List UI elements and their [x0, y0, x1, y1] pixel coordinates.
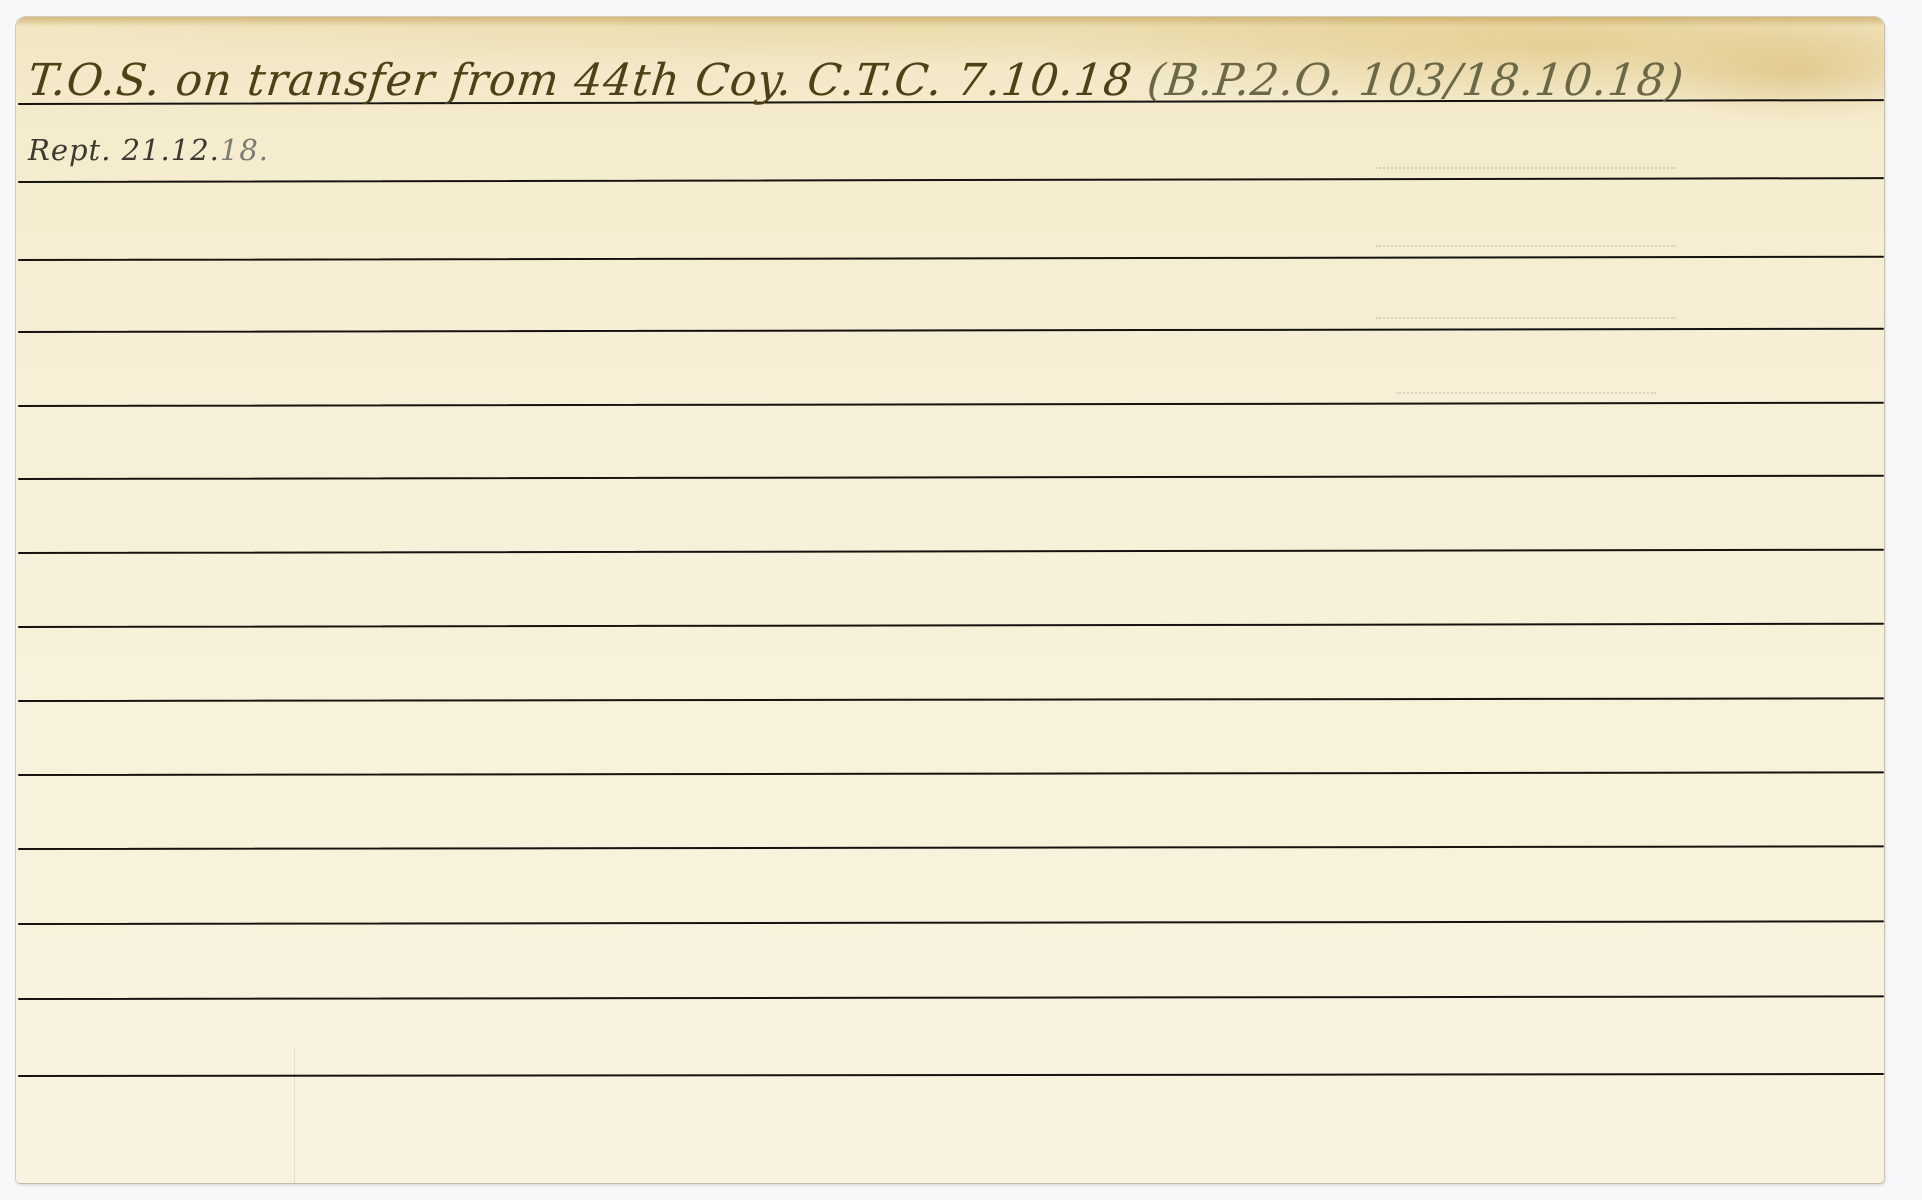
ruled-line [18, 177, 1884, 183]
handwritten-entry-transfer: T.O.S. on transfer from 44th Coy. C.T.C.… [25, 55, 1686, 106]
ruled-line [18, 1073, 1884, 1077]
ruled-line [18, 920, 1884, 925]
handwritten-entry-report: Rept. 21.12.18. [28, 133, 269, 167]
ruled-line [18, 549, 1884, 554]
ruled-line [18, 845, 1884, 850]
report-note: Rept. 21.12. [28, 133, 220, 167]
ruled-line [18, 771, 1884, 776]
show-through-mark [1376, 317, 1676, 319]
show-through-mark [1376, 245, 1676, 247]
ruled-line [18, 475, 1884, 480]
transfer-note: T.O.S. on transfer from 44th Coy. C.T.C.… [25, 55, 1135, 106]
ruled-line [18, 697, 1884, 702]
show-through-mark [1376, 167, 1676, 169]
ruled-line [18, 623, 1884, 628]
index-card: T.O.S. on transfer from 44th Coy. C.T.C.… [16, 17, 1884, 1183]
card-crease [294, 1047, 295, 1183]
ruled-line [18, 256, 1884, 261]
report-note-faded: 18. [220, 133, 269, 167]
scan-background: T.O.S. on transfer from 44th Coy. C.T.C.… [0, 0, 1922, 1200]
ruled-line [18, 328, 1884, 333]
ruled-line [18, 402, 1884, 407]
transfer-reference: (B.P.2.O. 103/18.10.18) [1130, 55, 1687, 106]
show-through-mark [1396, 392, 1656, 394]
ruled-line [18, 995, 1884, 1000]
